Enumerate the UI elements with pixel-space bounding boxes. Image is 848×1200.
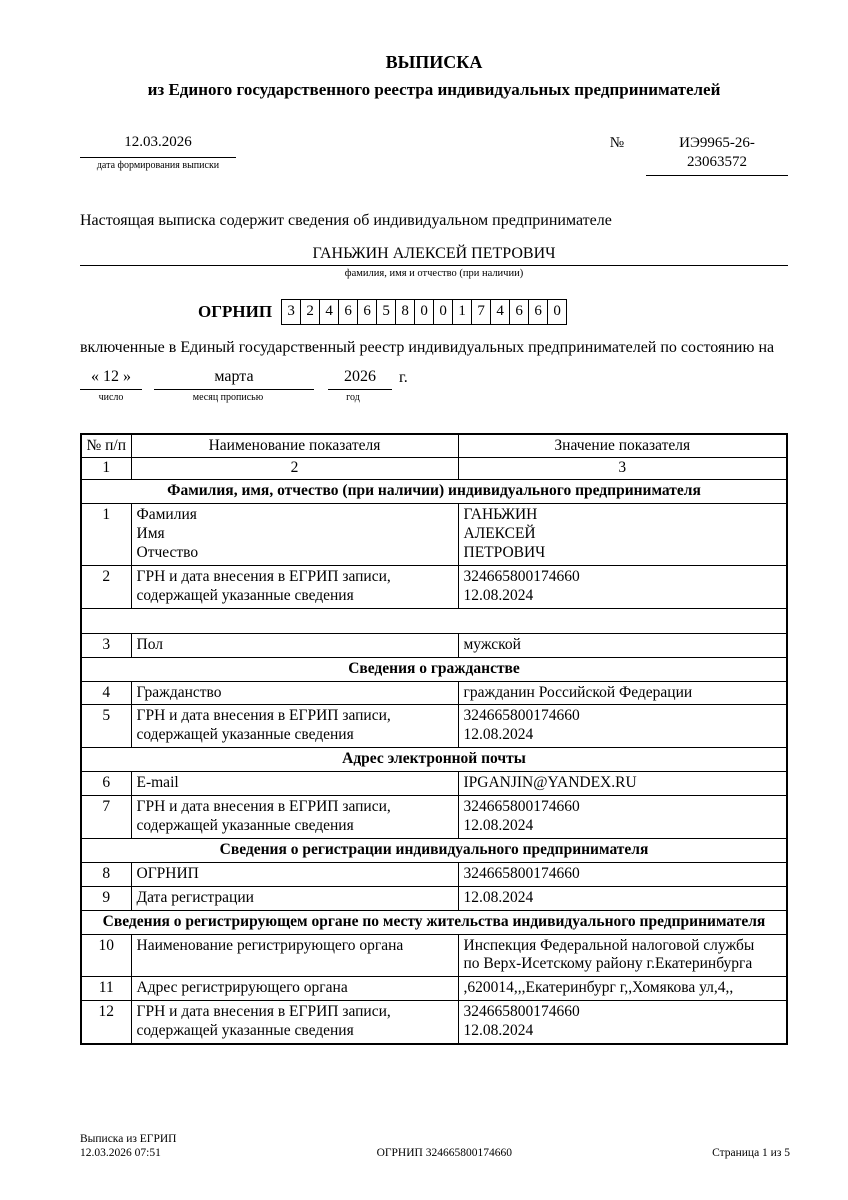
table-row: 7ГРН и дата внесения в ЕГРИП записи, сод… [81, 796, 787, 839]
ogrnip-digit-box: 6 [357, 299, 377, 325]
table-section-row: Фамилия, имя, отчество (при наличии) инд… [81, 480, 787, 504]
header-cell-indicator-name: Наименование показателя [131, 434, 458, 458]
year-caption: год [314, 392, 392, 403]
indicator-name: ГРН и дата внесения в ЕГРИП записи, соде… [131, 705, 458, 748]
column-number-1: 1 [81, 458, 131, 480]
indicator-name: ГРН и дата внесения в ЕГРИП записи, соде… [131, 1001, 458, 1044]
column-numbers-row: 1 2 3 [81, 458, 787, 480]
table-section-row: Сведения о гражданстве [81, 657, 787, 681]
table-row: 2ГРН и дата внесения в ЕГРИП записи, сод… [81, 565, 787, 608]
indicator-name: E-mail [131, 772, 458, 796]
row-number: 10 [81, 934, 131, 977]
ogrnip-label: ОГРНИП [198, 302, 272, 322]
row-number: 11 [81, 977, 131, 1001]
formation-date-value: 12.03.2026 [80, 134, 236, 158]
indicator-value: IPGANJIN@YANDEX.RU [458, 772, 787, 796]
day-caption: число [80, 392, 142, 403]
ogrnip-digit-box: 4 [319, 299, 339, 325]
indicator-value: мужской [458, 633, 787, 657]
ogrnip-digit-box: 2 [300, 299, 320, 325]
indicator-name: Фамилия Имя Отчество [131, 504, 458, 566]
entrepreneur-full-name: ГАНЬЖИН АЛЕКСЕЙ ПЕТРОВИЧ [80, 245, 788, 266]
month-field: марта [154, 368, 314, 390]
formation-date-caption: дата формирования выписки [80, 160, 236, 171]
table-section-label: Сведения о регистрирующем органе по мест… [81, 910, 787, 934]
table-section-row: Сведения о регистрирующем органе по мест… [81, 910, 787, 934]
ogrnip-digit-box: 0 [547, 299, 567, 325]
month-caption: месяц прописью [142, 392, 314, 403]
table-blank-row [81, 608, 787, 633]
document-number-value: ИЭ9965-26- 23063572 [646, 134, 788, 176]
number-sign: № [610, 135, 624, 152]
indicator-value: ГАНЬЖИН АЛЕКСЕЙ ПЕТРОВИЧ [458, 504, 787, 566]
indicator-value: 324665800174660 12.08.2024 [458, 1001, 787, 1044]
month-field-wrap: марта месяц прописью [142, 368, 314, 403]
indicator-name: ОГРНИП [131, 862, 458, 886]
document-meta-row: 12.03.2026 дата формирования выписки № И… [80, 134, 788, 176]
row-number: 6 [81, 772, 131, 796]
indicator-name: Дата регистрации [131, 886, 458, 910]
document-number-block: № ИЭ9965-26- 23063572 [610, 134, 788, 176]
table-row: 12ГРН и дата внесения в ЕГРИП записи, со… [81, 1001, 787, 1044]
table-row: 11Адрес регистрирующего органа,620014,,,… [81, 977, 787, 1001]
indicator-value: 324665800174660 [458, 862, 787, 886]
indicator-value: гражданин Российской Федерации [458, 681, 787, 705]
footer-ogrnip: ОГРНИП 324665800174660 [377, 1146, 512, 1160]
indicator-name: ГРН и дата внесения в ЕГРИП записи, соде… [131, 565, 458, 608]
table-section-row: Адрес электронной почты [81, 748, 787, 772]
ogrnip-digits: 324665800174660 [281, 299, 567, 325]
ogrnip-digit-box: 3 [281, 299, 301, 325]
row-number: 9 [81, 886, 131, 910]
column-number-2: 2 [131, 458, 458, 480]
indicator-value: Инспекция Федеральной налоговой службы п… [458, 934, 787, 977]
table-section-row: Сведения о регистрации индивидуального п… [81, 838, 787, 862]
day-field-wrap: « 12 » число [80, 368, 142, 403]
table-row: 6E-mailIPGANJIN@YANDEX.RU [81, 772, 787, 796]
indicator-value: 324665800174660 12.08.2024 [458, 705, 787, 748]
indicator-name: ГРН и дата внесения в ЕГРИП записи, соде… [131, 796, 458, 839]
table-blank-cell [81, 608, 787, 633]
footer-doc-info: Выписка из ЕГРИП 12.03.2026 07:51 [80, 1132, 176, 1161]
row-number: 12 [81, 1001, 131, 1044]
table-row: 4Гражданствогражданин Российской Федерац… [81, 681, 787, 705]
ogrnip-digit-box: 5 [376, 299, 396, 325]
ogrnip-digit-box: 6 [509, 299, 529, 325]
year-field: 2026 [328, 368, 392, 390]
table-section-label: Адрес электронной почты [81, 748, 787, 772]
row-number: 1 [81, 504, 131, 566]
ogrnip-row: ОГРНИП 324665800174660 [198, 299, 788, 325]
row-number: 7 [81, 796, 131, 839]
column-number-3: 3 [458, 458, 787, 480]
indicator-name: Наименование регистрирующего органа [131, 934, 458, 977]
header-cell-number: № п/п [81, 434, 131, 458]
table-section-label: Сведения о гражданстве [81, 657, 787, 681]
ogrnip-digit-box: 0 [414, 299, 434, 325]
table-row: 8ОГРНИП324665800174660 [81, 862, 787, 886]
indicator-value: 324665800174660 12.08.2024 [458, 796, 787, 839]
indicator-value: 12.08.2024 [458, 886, 787, 910]
table-section-label: Фамилия, имя, отчество (при наличии) инд… [81, 480, 787, 504]
as-of-date-row: « 12 » число марта месяц прописью 2026 г… [80, 368, 788, 403]
header-cell-indicator-value: Значение показателя [458, 434, 787, 458]
indicator-value: 324665800174660 12.08.2024 [458, 565, 787, 608]
document-title: ВЫПИСКА [80, 52, 788, 73]
included-text: включенные в Единый государственный реес… [80, 338, 780, 358]
table-row: 1Фамилия Имя ОтчествоГАНЬЖИН АЛЕКСЕЙ ПЕТ… [81, 504, 787, 566]
table-body: Фамилия, имя, отчество (при наличии) инд… [81, 480, 787, 1044]
formation-date-block: 12.03.2026 дата формирования выписки [80, 134, 236, 171]
document-subtitle: из Единого государственного реестра инди… [80, 80, 788, 100]
row-number: 3 [81, 633, 131, 657]
indicator-name: Гражданство [131, 681, 458, 705]
ogrnip-digit-box: 8 [395, 299, 415, 325]
day-field: « 12 » [80, 368, 142, 390]
row-number: 2 [81, 565, 131, 608]
intro-text: Настоящая выписка содержит сведения об и… [80, 212, 788, 230]
ogrnip-digit-box: 4 [490, 299, 510, 325]
ogrnip-digit-box: 6 [338, 299, 358, 325]
table-row: 10Наименование регистрирующего органаИнс… [81, 934, 787, 977]
table-section-label: Сведения о регистрации индивидуального п… [81, 838, 787, 862]
row-number: 8 [81, 862, 131, 886]
table-row: 5ГРН и дата внесения в ЕГРИП записи, сод… [81, 705, 787, 748]
ogrnip-digit-box: 6 [528, 299, 548, 325]
table-row: 9Дата регистрации12.08.2024 [81, 886, 787, 910]
indicators-table: № п/п Наименование показателя Значение п… [80, 433, 788, 1046]
year-field-wrap: 2026 год [314, 368, 392, 403]
table-row: 3Полмужской [81, 633, 787, 657]
indicator-name: Адрес регистрирующего органа [131, 977, 458, 1001]
table-header-row: № п/п Наименование показателя Значение п… [81, 434, 787, 458]
row-number: 4 [81, 681, 131, 705]
ogrnip-digit-box: 0 [433, 299, 453, 325]
indicator-name: Пол [131, 633, 458, 657]
ogrnip-digit-box: 7 [471, 299, 491, 325]
footer-page-number: Страница 1 из 5 [712, 1146, 790, 1160]
document-page: ВЫПИСКА из Единого государственного реес… [0, 0, 848, 1200]
document-number-field: ИЭ9965-26- 23063572 [646, 134, 788, 176]
page-footer: Выписка из ЕГРИП 12.03.2026 07:51 ОГРНИП… [80, 1132, 790, 1161]
year-suffix: г. [399, 369, 408, 387]
row-number: 5 [81, 705, 131, 748]
full-name-caption: фамилия, имя и отчество (при наличии) [80, 268, 788, 279]
ogrnip-digit-box: 1 [452, 299, 472, 325]
indicator-value: ,620014,,,Екатеринбург г,,Хомякова ул,4,… [458, 977, 787, 1001]
